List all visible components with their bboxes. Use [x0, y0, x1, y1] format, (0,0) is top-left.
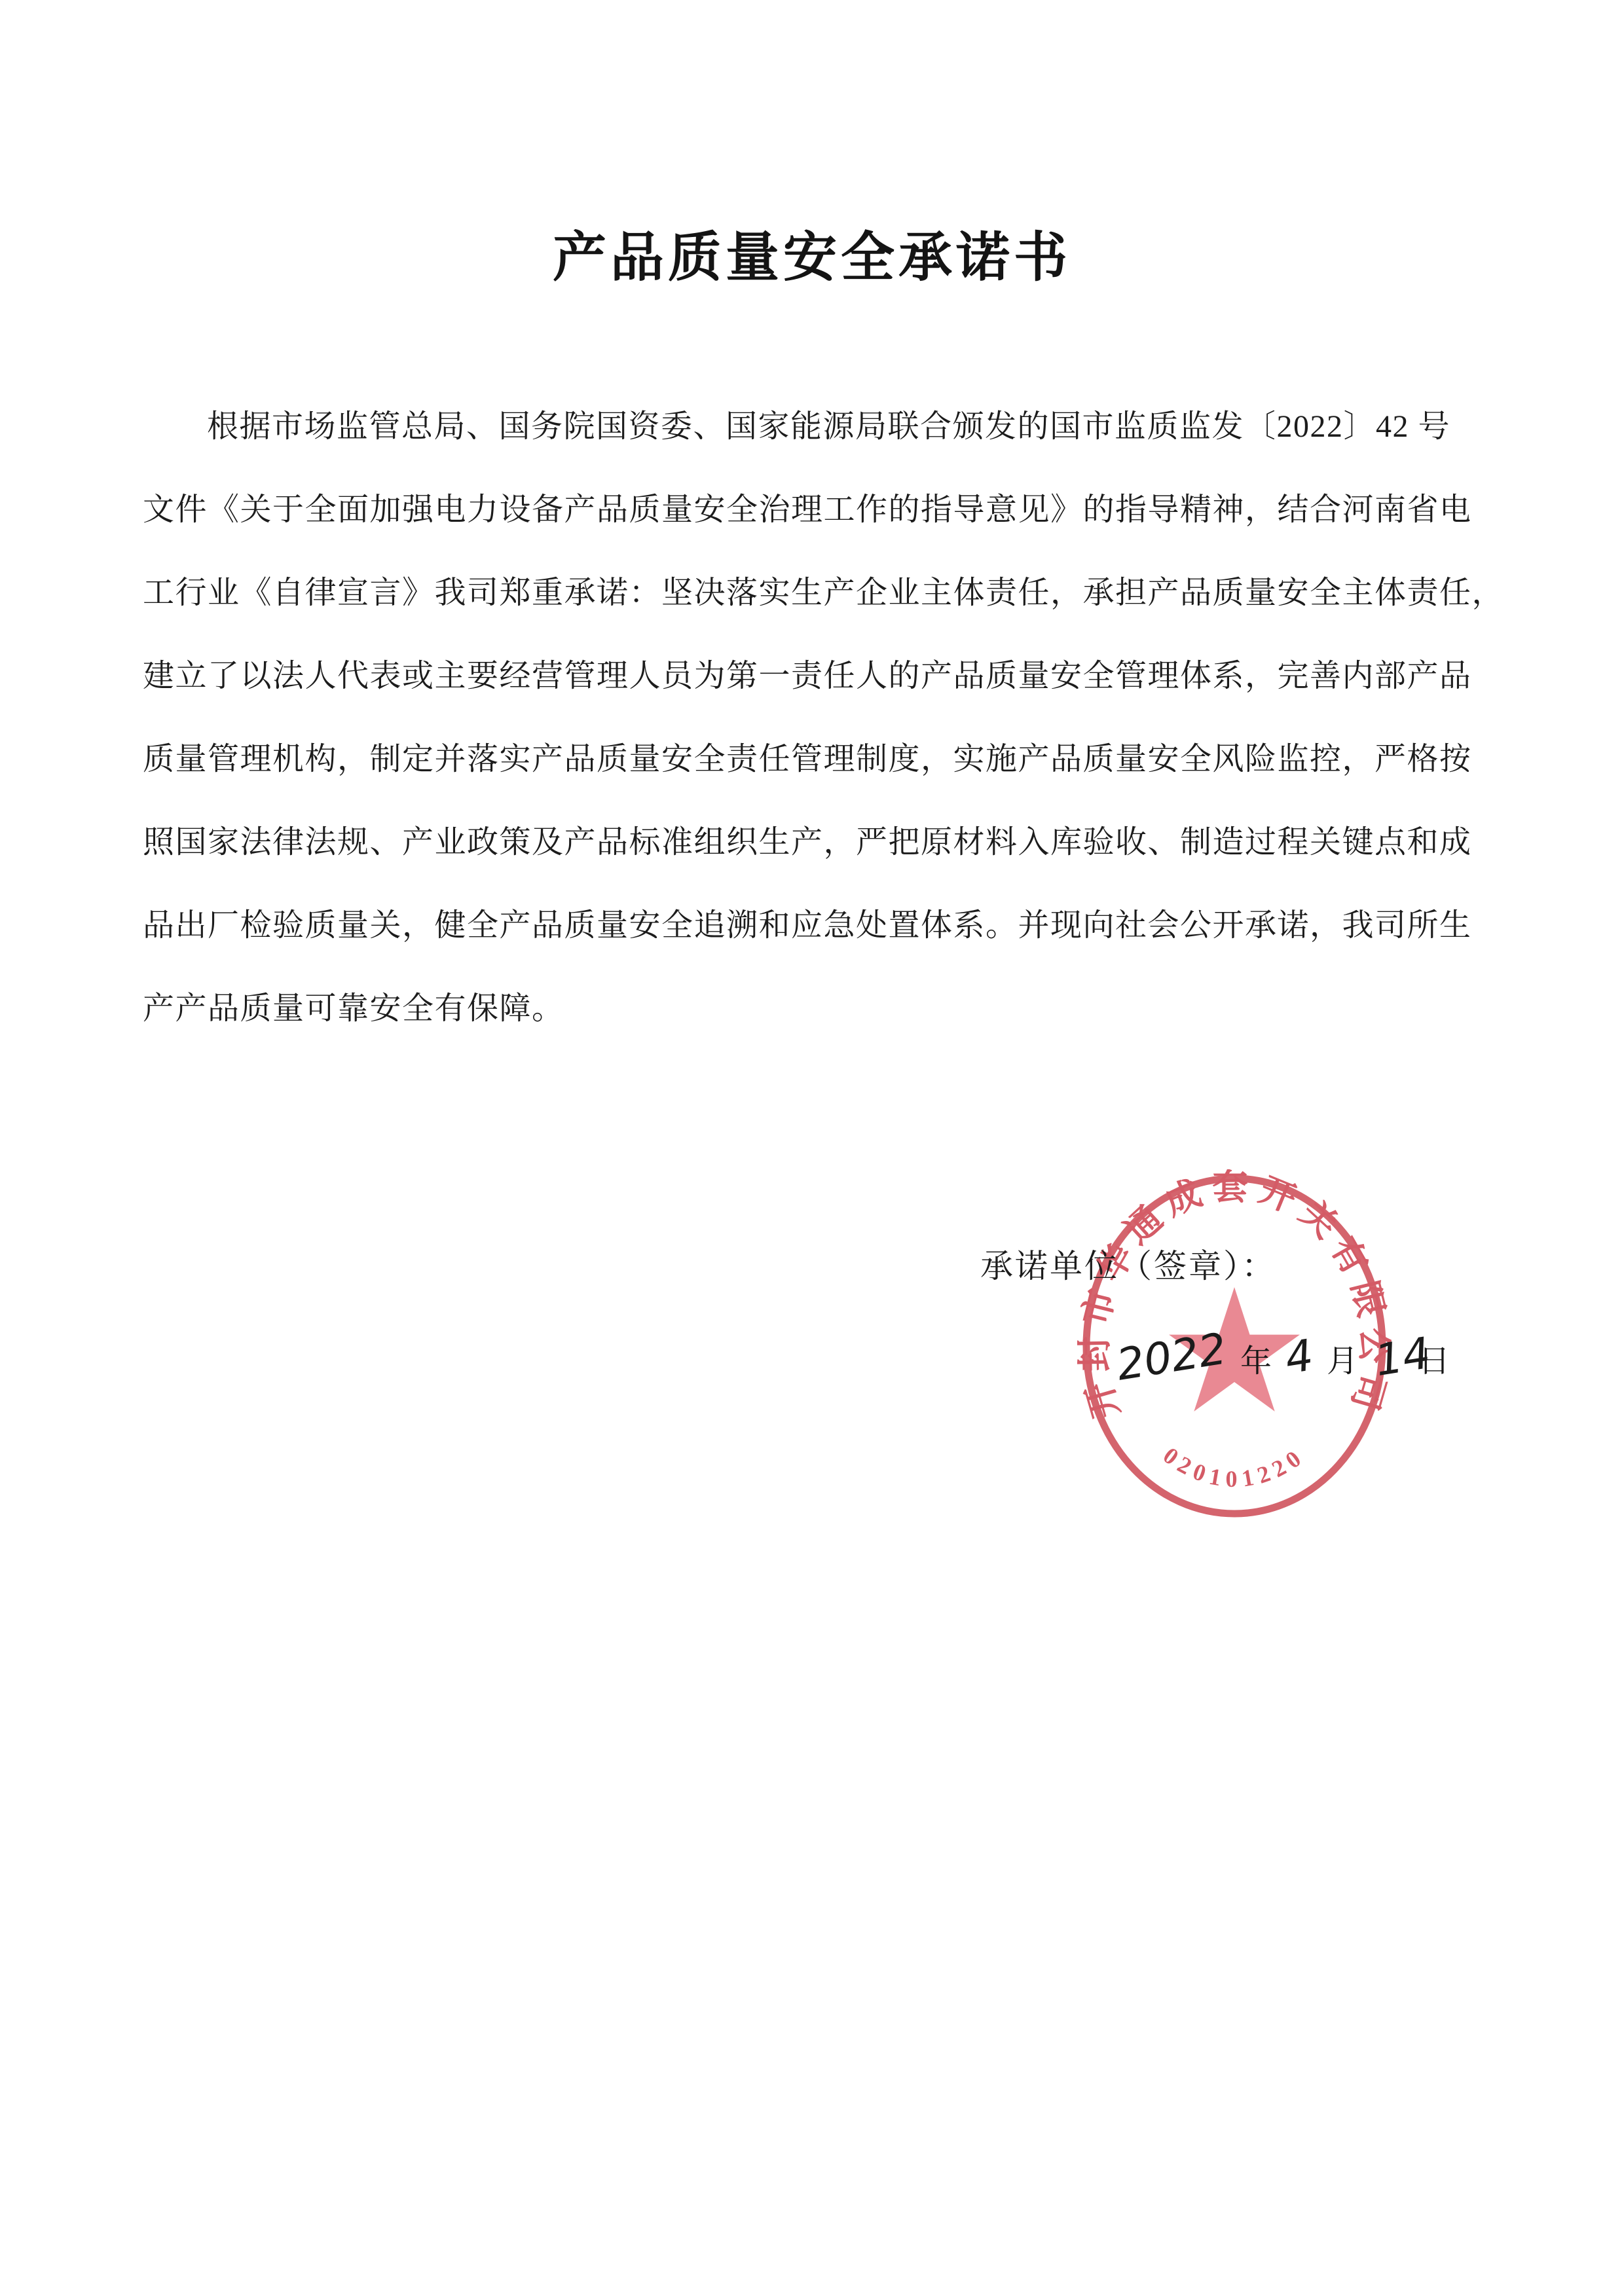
- document-page: 产品质量安全承诺书 根据市场监管总局、国务院国资委、国家能源局联合颁发的国市监质…: [0, 0, 1624, 2296]
- paragraph-line: 根据市场监管总局、国务院国资委、国家能源局联合颁发的国市监质监发〔2022〕42…: [143, 401, 1562, 446]
- paragraph-line: 文件《关于全面加强电力设备产品质量安全治理工作的指导意见》的指导精神，结合河南省…: [143, 484, 1498, 529]
- date-day-value: 14: [1371, 1328, 1433, 1386]
- date-month-value: 4: [1282, 1330, 1317, 1384]
- signature-label: 承诺单位（签章）：: [980, 1240, 1276, 1287]
- paragraph-line: 产产品质量可靠安全有保障。: [143, 983, 1498, 1028]
- signature-date: 2022 年 4 月 14 日: [1113, 1324, 1452, 1382]
- paragraph-line: 质量管理机构，制定并落实产品质量安全责任管理制度，实施产品质量安全风险监控，严格…: [143, 733, 1498, 778]
- date-year-label: 年: [1240, 1324, 1272, 1381]
- date-month-label: 月: [1327, 1324, 1358, 1381]
- paragraph-line: 品出厂检验质量关，健全产品质量安全追溯和应急处置体系。并现向社会公开承诺，我司所…: [143, 900, 1498, 945]
- paragraph-line: 工行业《自律宣言》我司郑重承诺：坚决落实生产企业主体责任，承担产品质量安全主体责…: [143, 567, 1498, 612]
- paragraph-line: 建立了以法人代表或主要经营管理人员为第一责任人的产品质量安全管理体系，完善内部产…: [143, 650, 1498, 695]
- paragraph-line: 照国家法律法规、产业政策及产品标准组织生产，严把原材料入库验收、制造过程关键点和…: [143, 816, 1498, 862]
- document-title: 产品质量安全承诺书: [0, 215, 1624, 291]
- date-year-value: 2022: [1113, 1323, 1230, 1390]
